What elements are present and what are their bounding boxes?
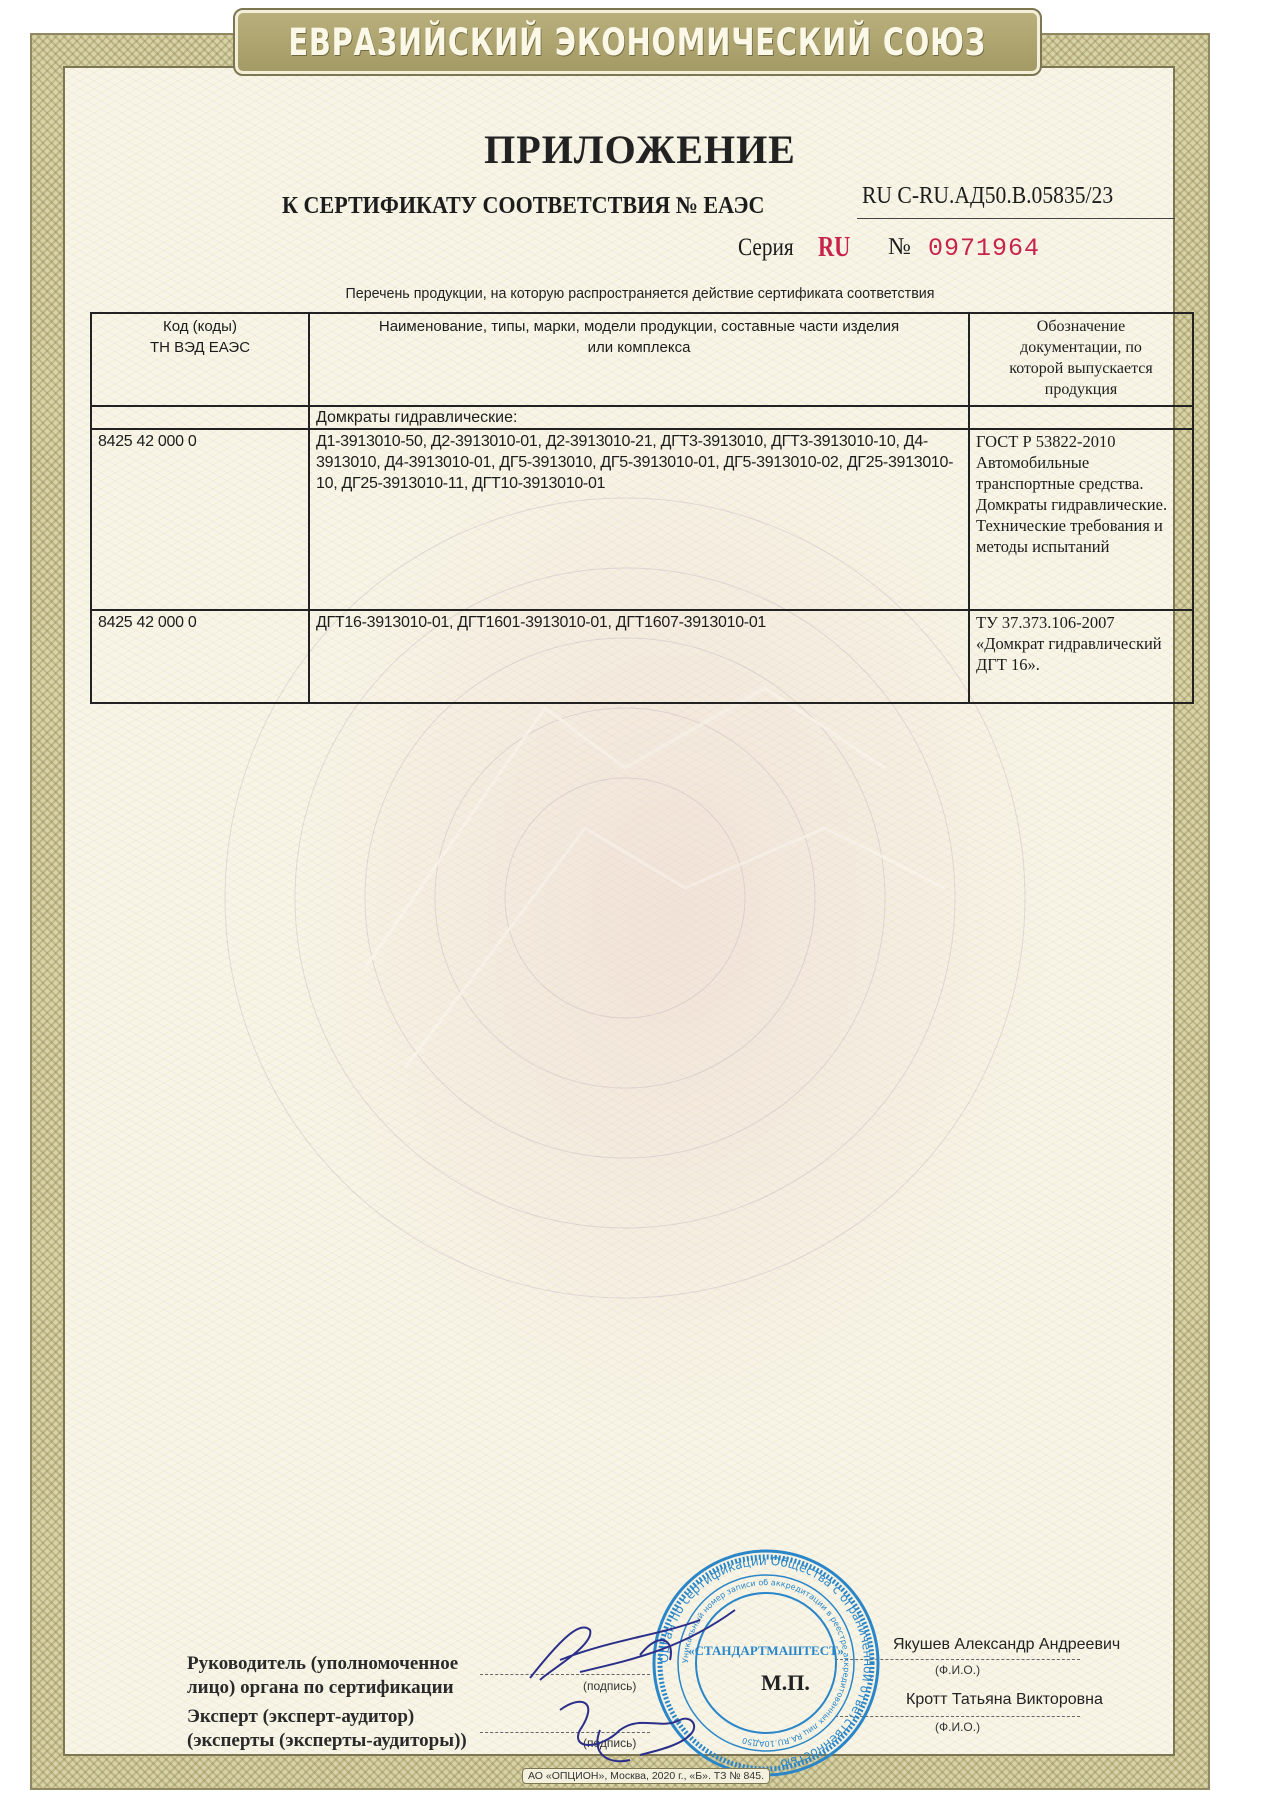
group-code-cell bbox=[91, 406, 309, 429]
certificate-label: К СЕРТИФИКАТУ СООТВЕТСТВИЯ № ЕАЭС bbox=[282, 193, 764, 220]
banner-title: ЕВРАЗИЙСКИЙ ЭКОНОМИЧЕСКИЙ СОЮЗ bbox=[289, 21, 987, 64]
form-number: 0971964 bbox=[928, 234, 1040, 263]
table-row: 8425 42 000 0 Д1-3913010-50, Д2-3913010-… bbox=[91, 429, 1193, 610]
models-cell: ДГТ16-3913010-01, ДГТ1601-3913010-01, ДГ… bbox=[309, 610, 969, 703]
certificate-number-underline bbox=[857, 218, 1175, 219]
column-header-document: Обозначение документации, по которой вып… bbox=[969, 313, 1193, 406]
group-doc-cell bbox=[969, 406, 1193, 429]
page-title: ПРИЛОЖЕНИЕ bbox=[0, 126, 1280, 173]
document-cell: ГОСТ Р 53822-2010 Автомобильные транспор… bbox=[969, 429, 1193, 610]
products-table: Код (коды) ТН ВЭД ЕАЭС Наименование, тип… bbox=[90, 312, 1194, 704]
certificate-reference: К СЕРТИФИКАТУ СООТВЕТСТВИЯ № ЕАЭС RU C-R… bbox=[282, 183, 1182, 223]
table-row: 8425 42 000 0 ДГТ16-3913010-01, ДГТ1601-… bbox=[91, 610, 1193, 703]
certificate-number: RU C-RU.АД50.В.05835/23 bbox=[862, 183, 1113, 210]
series-value: RU bbox=[818, 232, 850, 264]
hs-code-cell: 8425 42 000 0 bbox=[91, 429, 309, 610]
table-caption: Перечень продукции, на которую распростр… bbox=[32, 285, 1248, 302]
series-block: Серия RU № 0971964 bbox=[738, 234, 1058, 268]
table-group-row: Домкраты гидравлические: bbox=[91, 406, 1193, 429]
union-banner: ЕВРАЗИЙСКИЙ ЭКОНОМИЧЕСКИЙ СОЮЗ bbox=[235, 10, 1040, 74]
printer-imprint: АО «ОПЦИОН», Москва, 2020 г., «Б». ТЗ № … bbox=[522, 1768, 770, 1784]
document-cell: ТУ 37.373.106-2007 «Домкрат гидравлическ… bbox=[969, 610, 1193, 703]
number-label: № bbox=[888, 234, 911, 261]
column-header-code: Код (коды) ТН ВЭД ЕАЭС bbox=[91, 313, 309, 406]
group-title: Домкраты гидравлические: bbox=[309, 406, 969, 429]
head-label: Руководитель (уполномоченное лицо) орган… bbox=[187, 1652, 458, 1700]
series-label: Серия bbox=[738, 234, 794, 262]
table-header-row: Код (коды) ТН ВЭД ЕАЭС Наименование, тип… bbox=[91, 313, 1193, 406]
hs-code-cell: 8425 42 000 0 bbox=[91, 610, 309, 703]
models-cell: Д1-3913010-50, Д2-3913010-01, Д2-3913010… bbox=[309, 429, 969, 610]
expert-label: Эксперт (эксперт-аудитор) (эксперты (экс… bbox=[187, 1705, 467, 1753]
column-header-product: Наименование, типы, марки, модели продук… bbox=[309, 313, 969, 406]
